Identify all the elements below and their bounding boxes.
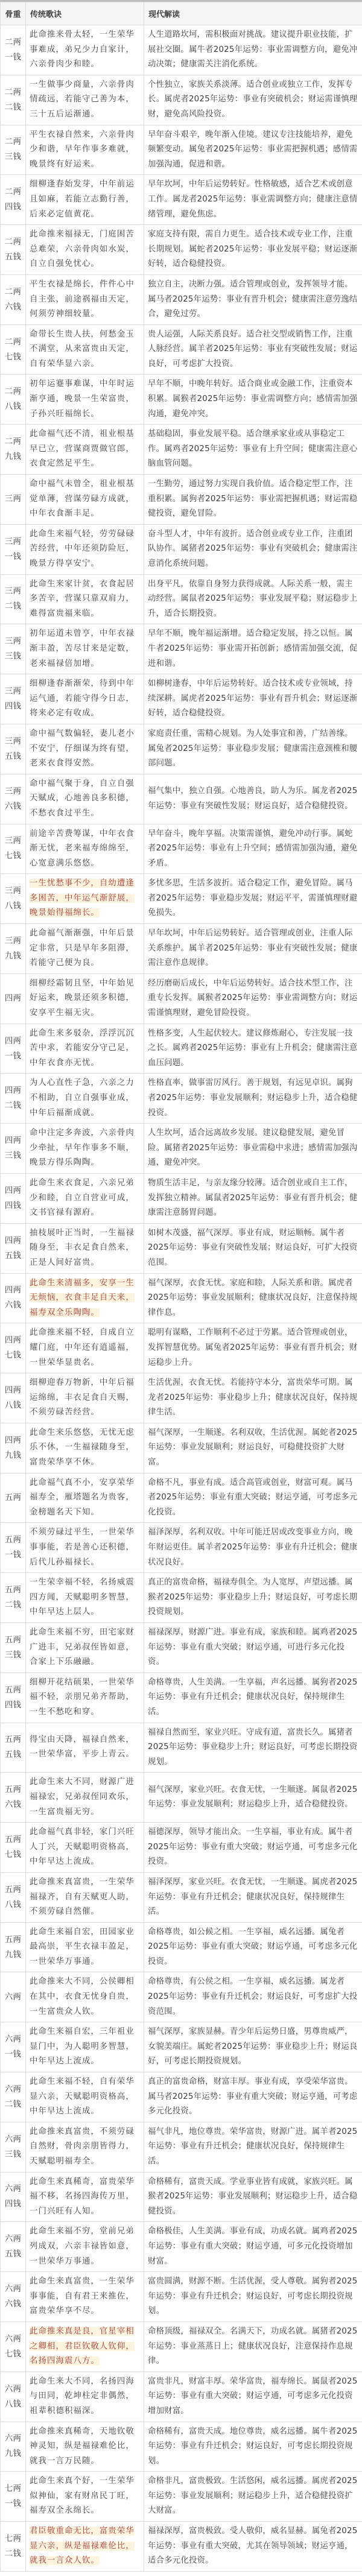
header-traditional-verse: 传统歌诀 [26, 2, 144, 25]
table-row: 五两二钱一生荣幸福不轻，名扬威震四方闻，天赋聪明多智慧，中年早达上层人。真正的富… [1, 1573, 362, 1623]
verse-text: 此命福气还不清，祖业根基早已立，营谋商贾做官郎，衣食定然足平生。 [30, 429, 135, 468]
traditional-verse-cell: 此命生来家计贫，衣食起居多苦辛，营谋只靠双肩力，难得富贵福来临。 [26, 574, 144, 624]
bone-weight-part: 五钱 [2, 749, 24, 764]
verse-text: 此命推来福不轻，自成自立耀门庭，中年还有逍遥福，一世荣华显贵名。 [30, 1328, 135, 1367]
traditional-verse-cell: 此命生来乐悠悠，无忧无虑乐不休，一生福禄随身至，富贵荣华享不休。 [26, 1423, 144, 1473]
verse-text: 得宝由天降，福禄自然来，一世荣华富，平步上青云。 [30, 1735, 135, 1759]
modern-interpretation-cell: 福德深厚，领导才能出众。一生享福，事业有成。属牛者2025年运势：事业有重大突破… [144, 1823, 362, 1873]
traditional-verse-cell: 此命推来真是良，官星宰相之卿相，君臣钦敬人钦仰，名扬四海震八方。 [26, 2321, 144, 2372]
bone-weight-part: 四两 [2, 1383, 24, 1398]
verse-text: 一生做事少商量，六亲骨肉情疏远，若能守己善为本，三十五后运渐通。 [30, 80, 135, 119]
bone-weight-part: 六两 [2, 2232, 24, 2247]
bone-weight-cell: 四两 [1, 973, 26, 1024]
bone-weight-part: 三两 [2, 534, 24, 549]
table-row: 三两四钱细柳逢春渐渐荣，待到中年运气通，若能守得今日志，将来必定有收成。如柳树逢… [1, 674, 362, 724]
verse-text: 此命生来真富贵，一生荣华事事能，自有君王来推佐，富贵荣华享不尽。 [30, 2277, 135, 2315]
verse-text: 平生衣禄自然来，六亲骨肉少和谐，早年作事多难就，晚景终有好运来。 [30, 130, 135, 169]
table-row: 三两六钱命中福气聚于身，自立自强天赋成，心地善良多积德，不愁衣食过平生。福气集中… [1, 774, 362, 824]
traditional-verse-cell: 细柳逢春始发芽，中年前运且如麻，若能立志勤行善，后来必定值黄花。 [26, 175, 144, 225]
modern-interpretation-cell: 命格顶级，福禄双全。名满天下，功成名就。属猪者2025年运势：事业蒸蒸日上；健康… [144, 2321, 362, 2372]
bone-weight-table: 骨重 传统歌诀 现代解读 二两一钱此命推来骨太轻，一生荣华事难成，弟兄少力自家计… [0, 2, 362, 2572]
bone-weight-cell: 三两二钱 [1, 574, 26, 624]
bone-weight-part: 四两 [2, 1034, 24, 1049]
highlighted-verse-text: 此命生来清福多，安享一生无烦恼，衣食丰足自天来，福寿双全乐陶陶。 [30, 1279, 135, 1317]
traditional-verse-cell: 命中福气数偏轻，妻儿老小不安宁，仔细谋为终有望，老来衣食得安然。 [26, 724, 144, 774]
modern-interpretation-cell: 物质生活丰足，与亲友缘分较薄。适合创业或自主工作，发挥独立精神。属鼠者2025年… [144, 1173, 362, 1223]
bone-weight-cell: 六两六钱 [1, 2272, 26, 2322]
verse-text: 此命推来真稀奇，天地钦敬神灵知，纵是福禄难伦比，就我一言万民随。 [30, 2427, 135, 2466]
bone-weight-part: 四两 [2, 1083, 24, 1098]
verse-text: 细柳迎春万物新，中年后福运绵绵，丰衣足食自天赐，不须劳碌苦经营。 [30, 1378, 135, 1417]
bone-weight-part: 五两 [2, 1782, 24, 1797]
bone-weight-part: 一钱 [2, 1548, 24, 1563]
modern-interpretation-cell: 早年坎坷，中年后运势转好。适合管理或创业，注重人际关系维护。属羊者2025年运势… [144, 924, 362, 974]
bone-weight-cell: 六两五钱 [1, 2222, 26, 2272]
bone-weight-cell: 五两四钱 [1, 1673, 26, 1723]
modern-interpretation-cell: 命格尊贵，如公候之相。一生享福，威名远播。属兔者2025年运势：事业有重大突破；… [144, 1922, 362, 1972]
bone-weight-part: 一钱 [2, 2047, 24, 2062]
bone-weight-part: 九钱 [2, 1948, 24, 1963]
table-row: 五两六钱此命生来大不同，财源广进福禄宏，兄弟叔侄同欢乐，一生富贵福无穷。福气深厚… [1, 1773, 362, 1823]
bone-weight-part: 三两 [2, 834, 24, 849]
verse-text: 一生荣幸福不轻，名扬威震四方闻，天赋聪明多智慧，中年早达上层人。 [30, 1578, 135, 1616]
bone-weight-cell: 五两八钱 [1, 1872, 26, 1922]
bone-weight-part: 二钱 [2, 1098, 24, 1113]
table-row: 二两九钱此命福气还不清，祖业根基早已立，营谋商贾做官郎，衣食定然足平生。基础稳固… [1, 425, 362, 475]
traditional-verse-cell: 命中注定多奔波，六亲骨肉少牵扯，早年作事多不顺，晚景方得乐陶陶。 [26, 1124, 144, 1174]
modern-interpretation-cell: 如柳树逢春，中年后运势转好。适合技术或专业领域，持续深耕。属虎者2025年运势：… [144, 674, 362, 724]
verse-text: 此命生来福不穷，田宅家财广进丰，兄弟叔侄皆如意，合家上下乐融融。 [30, 1628, 135, 1666]
modern-interpretation-cell: 性格直率，做事雷厉风行。善于规划，有远见卓识。属狗者2025年运势：事业发展顺利… [144, 1074, 362, 1124]
bone-weight-part: 六两 [2, 2132, 24, 2147]
traditional-verse-cell: 此命推来大不同，公侯卿相在其中，衣食无忧身自贵，一生富贵众人钦。 [26, 1972, 144, 2022]
bone-weight-part: 八钱 [2, 2397, 24, 2412]
modern-interpretation-cell: 人生道路坎坷，需积极面对挑战。建议提升职业技能，扩展社交圈。属牛者2025年运势… [144, 25, 362, 75]
table-row: 二两二钱一生做事少商量，六亲骨肉情疏远，若能守己善为本，三十五后运渐通。个性独立… [1, 75, 362, 125]
bone-weight-part: 七钱 [2, 350, 24, 365]
traditional-verse-cell: 此命福气真非轻，家门兴旺人丁兴，天赋聪明资格高，中年早达上流成。 [26, 1823, 144, 1873]
table-row: 三两八钱一生忧愁事不少，自幼遭逢多困苦，中年运气渐舒展，晚景始得福绵长。多忧多思… [1, 874, 362, 924]
bone-weight-cell: 三两九钱 [1, 924, 26, 974]
verse-text: 此命生来大不同，财源广进福禄宏，兄弟叔侄同欢乐，一生富贵福无穷。 [30, 1777, 135, 1816]
bone-weight-cell: 四两九钱 [1, 1423, 26, 1473]
table-row: 五两一钱不须劳碌过平生，一世荣华事事能，若是善心还积德，后代儿孙福禄长。福泽深厚… [1, 1523, 362, 1573]
verse-text: 此命推来大不同，公侯卿相在其中，衣食无忧身自贵，一生富贵众人钦。 [30, 1977, 135, 2016]
bone-weight-part: 七钱 [2, 849, 24, 864]
bone-weight-part: 一钱 [2, 2496, 24, 2511]
bone-weight-part: 二钱 [2, 2546, 24, 2562]
modern-interpretation-cell: 人生坎坷，适合远离故乡发展。建议稳健发展，避免冒险。属猪者2025年运势：事业需… [144, 1124, 362, 1174]
bone-weight-part: 三钱 [2, 2147, 24, 2162]
bone-weight-part: 二两 [2, 134, 24, 150]
traditional-verse-cell: 为人心直性子急，六亲之力不相助，自立自强事业成，中年后福渐成就。 [26, 1074, 144, 1124]
verse-text: 此命推来真富贵，一生荣华福禄齐，自有天赋更人助，不须劳碌自然催。 [30, 1878, 135, 1916]
modern-interpretation-cell: 性格多变，人生起伏较大。建议修炼耐心，专注发展一技之长。属鸡者2025年运势：事… [144, 1024, 362, 1074]
bone-weight-part: 三钱 [2, 649, 24, 664]
traditional-verse-cell: 抽枝展叶正当时，一生福禄随身至，丰衣足食自然来，正是人间好富贵。 [26, 1223, 144, 1273]
verse-text: 平生衣禄是绵长，件件心中自主张，前途祸福由天定，何须劳神细较量。 [30, 280, 135, 318]
bone-weight-part: 七钱 [2, 2347, 24, 2362]
verse-text: 抽枝展叶正当时，一生福禄随身至，丰衣足食自然来，正是人间好富贵。 [30, 1229, 135, 1267]
traditional-verse-cell: 一生做事少商量，六亲骨肉情疏远，若能守己善为本，三十五后运渐通。 [26, 75, 144, 125]
traditional-verse-cell: 此命福气真不小，安享荣华福寿全，雁塔题名为贵客，金榜题名天下知。 [26, 1473, 144, 1523]
table-row: 四两六钱此命生来清福多，安享一生无烦恼，衣食丰足自天来，福寿双全乐陶陶。福气深厚… [1, 1273, 362, 1323]
verse-text: 此命生来福自宏，三年祖业显门中，为人聪明多智慧，中年早达上流成。 [30, 2027, 135, 2066]
bone-weight-part: 三钱 [2, 1648, 24, 1663]
traditional-verse-cell: 平生衣禄是绵长，件件心中自主张，前途祸福由天定，何须劳神细较量。 [26, 274, 144, 324]
traditional-verse-cell: 此命生来福自宏，三年祖业显门中，为人聪明多智慧，中年早达上流成。 [26, 2022, 144, 2072]
traditional-verse-cell: 此命推来福禄无，门庭困苦总难荣，六亲骨肉如水炭，自立自强免忧心。 [26, 225, 144, 275]
table-row: 四两七钱此命推来福不轻，自成自立耀门庭，中年还有逍遥福，一世荣华显贵名。聪明有谋… [1, 1323, 362, 1373]
bone-weight-cell: 四两五钱 [1, 1223, 26, 1273]
verse-text: 此命生来福不穷，堂前兄弟列成双，六亲丰禄皆如意，一世荣华万事通。 [30, 2227, 135, 2265]
bone-weight-part: 三两 [2, 934, 24, 949]
bone-weight-part: 六两 [2, 1990, 24, 2005]
verse-text: 此命生来多驳杂，浮浮沉沉苦中求，若能安分守己足，中年衣食亦无忧。 [30, 1029, 135, 1068]
bone-weight-cell: 三两四钱 [1, 674, 26, 724]
bone-weight-part: 三两 [2, 784, 24, 799]
bone-weight-part: 二钱 [2, 100, 24, 115]
traditional-verse-cell: 得宝由天降，福禄自然来，一世荣华富，平步上青云。 [26, 1723, 144, 1773]
modern-interpretation-cell: 富贵圆满，财源不断。生活优渥，受人尊敬。属狗者2025年运势：事业有升迁机会；财… [144, 2272, 362, 2322]
bone-weight-cell: 二两二钱 [1, 75, 26, 125]
highlighted-verse-text: 一生忧愁事不少，自幼遭逢多困苦，中年运气渐舒展，晚景始得福绵长。 [30, 879, 135, 917]
bone-weight-part: 七两 [2, 2481, 24, 2496]
modern-interpretation-cell: 早年不顺，晚年福运渐增。适合稳定发展，持之以恒。属牛者2025年运势：事业需开拓… [144, 624, 362, 674]
modern-interpretation-cell: 个性独立，家族关系淡薄。适合创业或独立工作，发挥专长。属虎者2025年运势：事业… [144, 75, 362, 125]
bone-weight-part: 三两 [2, 634, 24, 649]
table-row: 六两七钱此命推来真是良，官星宰相之卿相，君臣钦敬人钦仰，名扬四海震八方。命格顶级… [1, 2321, 362, 2372]
verse-text: 此命生来真个好，一生荣华似神仙，家有财帛民丁旺，福寿双全永绵长。 [30, 2476, 135, 2515]
bone-weight-part: 六两 [2, 2431, 24, 2446]
modern-interpretation-cell: 奋斗型人才，中年有波折。适合创业或专业工作，注重团队协作。属猪者2025年运势：… [144, 524, 362, 574]
bone-weight-cell: 二两一钱 [1, 25, 26, 75]
bone-weight-part: 六两 [2, 2332, 24, 2347]
table-row: 三两五钱命中福气数偏轻，妻儿老小不安宁，仔细谋为终有望，老来衣食得安然。家庭责任… [1, 724, 362, 774]
bone-weight-part: 九钱 [2, 2446, 24, 2461]
traditional-verse-cell: 细柳逢春渐渐荣，待到中年运气通，若能守得今日志，将来必定有收成。 [26, 674, 144, 724]
verse-text: 此命生来乐悠悠，无忧无虑乐不休，一生福禄随身至，富贵荣华享不休。 [30, 1428, 135, 1467]
bone-weight-part: 二两 [2, 185, 24, 200]
bone-weight-cell: 六两七钱 [1, 2321, 26, 2372]
table-row: 七两一钱此命生来真个好，一生荣华似神仙，家有财帛民丁旺，福寿双全永绵长。命格非凡… [1, 2472, 362, 2522]
verse-text: 此命生来福自宏，田园家业最高崇，平生衣禄丰盈足，一世荣华万事通。 [30, 1928, 135, 1966]
verse-text: 此命生来福气轻，劳劳碌碌苦经营，中年还须防险厄，晚景方得享安宁。 [30, 530, 135, 568]
table-row: 六两二钱此命生来福不轻，自有荣华显六亲，天赋聪明资格高，中年早达上流成。真正的富… [1, 2072, 362, 2122]
bone-weight-part: 五两 [2, 1583, 24, 1598]
table-row: 三两二钱此命生来家计贫，衣食起居多苦辛，营谋只靠双肩力，难得富贵福来临。出身平凡… [1, 574, 362, 624]
bone-weight-part: 三钱 [2, 150, 24, 165]
traditional-verse-cell: 细柳开花结硕果，一世荣华福不轻，亲朋兄弟齐帮助，一生不愁吃和穿。 [26, 1673, 144, 1723]
bone-weight-part: 四钱 [2, 200, 24, 215]
modern-interpretation-cell: 富贵非凡，财富丰厚。荣华富贵，福寿绵长。属鼠者2025年运势：事业有重大突破；财… [144, 2372, 362, 2422]
bone-weight-part: 六钱 [2, 2297, 24, 2312]
bone-weight-part: 一钱 [2, 549, 24, 565]
table-row: 二两六钱平生衣禄是绵长，件件心中自主张，前途祸福由天定，何须劳神细较量。独立自主… [1, 274, 362, 324]
table-row: 五两七钱此命福气真非轻，家门兴旺人丁兴，天赋聪明资格高，中年早达上流成。福德深厚… [1, 1823, 362, 1873]
traditional-verse-cell: 不须劳碌过平生，一世荣华事事能，若是善心还积德，后代儿孙福禄长。 [26, 1523, 144, 1573]
bone-weight-part: 九钱 [2, 949, 24, 964]
modern-interpretation-cell: 早年不顺，中晚年转好。适合商业或金融工作，注重资本积累。属猴者2025年运势：事… [144, 375, 362, 425]
table-row: 四两二钱为人心直性子急，六亲之力不相助，自立自强事业成，中年后福渐成就。性格直率… [1, 1074, 362, 1124]
bone-weight-part: 五两 [2, 1683, 24, 1698]
bone-weight-cell: 五两二钱 [1, 1573, 26, 1623]
modern-interpretation-cell: 命格不凡，事业有成。适合高管或创业，财富可观。属马者2025年运势：事业有重大突… [144, 1473, 362, 1523]
bone-weight-part: 二钱 [2, 1598, 24, 1613]
verse-text: 初年运蹇事难谋，中年时运渐亨通，晚景一生荣富贵，子孙兴旺福绵长。 [30, 379, 135, 418]
modern-interpretation-cell: 福气深厚，一生顺遂。名利双收，生活优渥。属蛇者2025年运势：事业发展顺利；财运… [144, 1423, 362, 1473]
bone-weight-part: 六钱 [2, 1797, 24, 1812]
bone-weight-cell: 三两八钱 [1, 874, 26, 924]
bone-weight-part: 五两 [2, 1633, 24, 1648]
table-row: 六两五钱此命生来福不穷，堂前兄弟列成双，六亲丰禄皆如意，一世荣华万事通。命格极佳… [1, 2222, 362, 2272]
bone-weight-part: 二钱 [2, 599, 24, 614]
traditional-verse-cell: 此命生来真稀奇，富贵荣华福不移，名扬四海传万里，一门兴旺有人知。 [26, 2172, 144, 2222]
bone-weight-part: 七钱 [2, 1348, 24, 1363]
bone-weight-part: 二两 [2, 285, 24, 300]
modern-interpretation-cell: 家庭支持有限，需自力更生。适合技术或专业工作，注重长期规划。属蛇者2025年运势… [144, 225, 362, 275]
table-row: 二两三钱平生衣禄自然来，六亲骨肉少和谐，早年作事多难就，晚景终有好运来。早年奋斗… [1, 125, 362, 175]
bone-weight-cell: 六两四钱 [1, 2172, 26, 2222]
traditional-verse-cell: 平生衣禄自然来，六亲骨肉少和谐，早年作事多难就，晚景终有好运来。 [26, 125, 144, 175]
bone-weight-part: 四两 [2, 991, 24, 1006]
bone-weight-cell: 三两五钱 [1, 724, 26, 774]
modern-interpretation-cell: 福气深厚，家业兴旺。衣食无忧，一生顺遂。属鼠者2025年运势：事业发展顺利；财运… [144, 1773, 362, 1823]
table-row: 二两四钱细柳逢春始发芽，中年前运且如麻，若能立志勤行善，后来必定值黄花。早年坎坷… [1, 175, 362, 225]
bone-weight-part: 四两 [2, 1233, 24, 1248]
table-row: 四两细柳经霜韧且坚，中年始见好运来，晚景还须多积德，安享平生福无灾。经历磨砺后成… [1, 973, 362, 1024]
verse-text: 此命推来真富贵，不须劳碌自然财，骨肉亲朋皆得力，天赋聪明福寿全。 [30, 2127, 135, 2166]
traditional-verse-cell: 此命生来福不穷，田宅家财广进丰，兄弟叔侄皆如意，合家上下乐融融。 [26, 1623, 144, 1673]
modern-interpretation-cell: 福禄深厚，财源广进。事业有成，家族和睦。属鸡者2025年运势：事业有重大突破；财… [144, 1623, 362, 1673]
bone-weight-cell: 三两六钱 [1, 774, 26, 824]
verse-text: 命中注定多奔波，六亲骨肉少牵扯，早年作事多不顺，晚景方得乐陶陶。 [30, 1128, 135, 1167]
bone-weight-cell: 二两三钱 [1, 125, 26, 175]
bone-weight-cell: 五两九钱 [1, 1922, 26, 1972]
traditional-verse-cell: 初年运道未曾亨，中年衣禄渐丰盈，苦尽甘来是定数，老来福禄倍加增。 [26, 624, 144, 674]
modern-interpretation-cell: 福禄自然而至，家业兴旺。守成有道，富贵长久。属猪者2025年运势：事业稳步上升；… [144, 1723, 362, 1773]
verse-text: 此命推来福禄无，门庭困苦总难荣，六亲骨肉如水炭，自立自强免忧心。 [30, 230, 135, 268]
table-row: 二两一钱此命推来骨太轻，一生荣华事难成，弟兄少力自家计，六亲骨肉少和睦。人生道路… [1, 25, 362, 75]
traditional-verse-cell: 此命生来大不同，名扬四海与田同，乾坤柱定非偶然，祖辈积德积福深。 [26, 2372, 144, 2422]
bone-weight-part: 三两 [2, 734, 24, 749]
traditional-verse-cell: 此命生来大不同，财源广进福禄宏，兄弟叔侄同欢乐，一生富贵福无穷。 [26, 1773, 144, 1823]
bone-weight-cell: 六两九钱 [1, 2422, 26, 2472]
bone-weight-part: 六钱 [2, 1298, 24, 1313]
bone-weight-cell: 三两一钱 [1, 524, 26, 574]
verse-text: 命带长生贵人扶，何愁金玉不满堂，从来富贵由天定，自有荣华显六亲。 [30, 330, 135, 369]
verse-text: 此命生来衣食足，六亲兄弟少和睦，自立自营业可成，文书官禄有源府。 [30, 1179, 135, 1217]
bone-weight-cell: 二两九钱 [1, 425, 26, 475]
modern-interpretation-cell: 福气深厚，家族显赫。青少年后运势日盛，男尊贵威严，女貌美端庄。属蛇者2025年运… [144, 2022, 362, 2072]
verse-text: 细柳逢春始发芽，中年前运且如麻，若能立志勤行善，后来必定值黄花。 [30, 180, 135, 218]
table-row: 六两六钱此命生来真富贵，一生荣华事事能，自有君王来推佐，富贵荣华享不尽。富贵圆满… [1, 2272, 362, 2322]
header-modern-interpretation: 现代解读 [144, 2, 362, 25]
bone-weight-part: 四钱 [2, 1698, 24, 1713]
bone-weight-part: 二两 [2, 235, 24, 250]
table-row: 三两九钱此命福气渐渐强，中年后景定非常，只是早年多阻滞，若能守己便为良。早年坎坷… [1, 924, 362, 974]
bone-weight-part: 四两 [2, 1133, 24, 1148]
verse-text: 不须劳碌过平生，一世荣华事事能，若是善心还积德，后代儿孙福禄长。 [30, 1528, 135, 1566]
modern-interpretation-cell: 多忧多思，生活多波折。适合稳定工作，避免冒险。属马者2025年运势：事业稳步发展… [144, 874, 362, 924]
bone-weight-part: 五钱 [2, 1248, 24, 1264]
bone-weight-cell: 五两三钱 [1, 1623, 26, 1673]
modern-interpretation-cell: 独立自主，决断力强。适合管理或创业，发挥领导才能。属马者2025年运势：事业有晋… [144, 274, 362, 324]
modern-interpretation-cell: 家庭责任重，需精心规划。为人处事宜和善，广结善缘。属兔者2025年运势：事业稳步… [144, 724, 362, 774]
modern-interpretation-cell: 命格尊贵，人生美满。一生享福，声名远播。属狗者2025年运势：事业有升迁机会；健… [144, 1673, 362, 1723]
bone-weight-part: 六两 [2, 2282, 24, 2297]
traditional-verse-cell: 君臣敬重命无比，富贵荣华显六亲，纵是福禄难伦比，就我一言众人钦。 [26, 2522, 144, 2572]
table-row: 四两三钱命中注定多奔波，六亲骨肉少牵扯，早年作事多不顺，晚景方得乐陶陶。人生坎坷… [1, 1124, 362, 1174]
verse-text: 命中福气聚于身，自立自强天赋成，心地善良多积德，不愁衣食过平生。 [30, 779, 135, 818]
modern-interpretation-cell: 福气非凡，地位尊贵。荣华富贵，财源广进。属羊者2025年运势：事业有升迁机会；健… [144, 2122, 362, 2172]
verse-text: 细柳经霜韧且坚，中年始见好运来，晚景还须多积德，安享平生福无灾。 [30, 979, 135, 1017]
table-row: 四两九钱此命生来乐悠悠，无忧无虑乐不休，一生福禄随身至，富贵荣华享不休。福气深厚… [1, 1423, 362, 1473]
bone-weight-part: 二钱 [2, 2097, 24, 2112]
verse-text: 此命生来福不轻，自有荣华显六亲，天赋聪明资格高，中年早达上流成。 [30, 2077, 135, 2116]
bone-weight-part: 六两 [2, 2082, 24, 2097]
bone-weight-cell: 二两六钱 [1, 274, 26, 324]
table-row: 三两七钱前途辛苦费筹谋，中年衣食渐无忧，老来福寿绵绵至，心宽意满乐悠悠。早年奋斗… [1, 824, 362, 874]
bone-weight-cell: 二两七钱 [1, 324, 26, 375]
bone-weight-part: 八钱 [2, 399, 24, 414]
bone-weight-part: 九钱 [2, 449, 24, 464]
bone-weight-part: 五钱 [2, 1747, 24, 1762]
modern-interpretation-cell: 聪明有谋略，工作顺利不必过于劳累。适合管理或创业，发挥智慧优势。属兔者2025年… [144, 1323, 362, 1373]
traditional-verse-cell: 此命生来福不穷，堂前兄弟列成双，六亲丰禄皆如意，一世荣华万事通。 [26, 2222, 144, 2272]
bone-weight-part: 一钱 [2, 1049, 24, 1064]
bone-weight-part: 五两 [2, 1732, 24, 1747]
traditional-verse-cell: 此命福气还不清，祖业根基早已立，营谋商贾做官郎，衣食定然足平生。 [26, 425, 144, 475]
bone-weight-part: 五钱 [2, 250, 24, 265]
bone-weight-cell: 五两五钱 [1, 1723, 26, 1773]
modern-interpretation-cell: 福禄深厚，富贵极致。受人敬仰，威名显赫。属兔者2025年运势：事业有重大突破，尤… [144, 2522, 362, 2572]
bone-weight-cell: 三两七钱 [1, 824, 26, 874]
bone-weight-part: 四钱 [2, 699, 24, 714]
bone-weight-part: 三钱 [2, 1148, 24, 1163]
bone-weight-cell: 三两三钱 [1, 624, 26, 674]
modern-interpretation-cell: 福泽深厚，名利双收。中年可能迁居或改变事业方向，晚年财运更佳。属羊者2025年运… [144, 1523, 362, 1573]
bone-weight-part: 六钱 [2, 799, 24, 814]
verse-text: 此命生来大不同，名扬四海与田同，乾坤柱定非偶然，祖辈积德积福深。 [30, 2377, 135, 2416]
modern-interpretation-cell: 一生勤劳，通过努力实现自我价值。适合稳定型工作，注重积累。属狗者2025年运势：… [144, 475, 362, 525]
traditional-verse-cell: 此命生来福不轻，自有荣华显六亲，天赋聪明资格高，中年早达上流成。 [26, 2072, 144, 2122]
bone-weight-cell: 六两三钱 [1, 2122, 26, 2172]
traditional-verse-cell: 初年运蹇事难谋，中年时运渐亨通，晚景一生荣富贵，子孙兴旺福绵长。 [26, 375, 144, 425]
bone-weight-part: 二两 [2, 384, 24, 399]
traditional-verse-cell: 细柳经霜韧且坚，中年始见好运来，晚景还须多积德，安享平生福无灾。 [26, 973, 144, 1024]
bone-weight-part: 四两 [2, 1283, 24, 1298]
bone-weight-cell: 四两三钱 [1, 1124, 26, 1174]
table-row: 二两五钱此命推来福禄无，门庭困苦总难荣，六亲骨肉如水炭，自立自强免忧心。家庭支持… [1, 225, 362, 275]
bone-weight-cell: 六两八钱 [1, 2372, 26, 2422]
highlighted-verse-text: 此命推来真是良，官星宰相之卿相，君臣钦敬人钦仰，名扬四海震八方。 [30, 2327, 135, 2366]
bone-weight-cell: 六两二钱 [1, 2072, 26, 2122]
table-header-row: 骨重 传统歌诀 现代解读 [1, 2, 362, 25]
table-row: 七两二钱君臣敬重命无比，富贵荣华显六亲，纵是福禄难伦比，就我一言众人钦。福禄深厚… [1, 2522, 362, 2572]
modern-interpretation-cell: 经历磨砺后成长，中年后运势转好。适合技术型工作，注重专长发挥。属猴者2025年运… [144, 973, 362, 1024]
table-row: 六两三钱此命推来真富贵，不须劳碌自然财，骨肉亲朋皆得力，天赋聪明福寿全。福气非凡… [1, 2122, 362, 2172]
table-row: 五两五钱得宝由天降，福禄自然来，一世荣华富，平步上青云。福禄自然而至，家业兴旺。… [1, 1723, 362, 1773]
table-row: 二两八钱初年运蹇事难谋，中年时运渐亨通，晚景一生荣富贵，子孙兴旺福绵长。早年不顺… [1, 375, 362, 425]
bone-weight-part: 七两 [2, 2531, 24, 2546]
bone-weight-cell: 四两一钱 [1, 1024, 26, 1074]
bone-weight-part: 二两 [2, 335, 24, 350]
modern-interpretation-cell: 早年坎坷，中年后运势转好。性格敏感，适合艺术或创意工作。属龙者2025年运势：事… [144, 175, 362, 225]
verse-text: 此命福气真非轻，家门兴旺人丁兴，天赋聪明资格高，中年早达上流成。 [30, 1828, 135, 1866]
table-row: 四两四钱此命生来衣食足，六亲兄弟少和睦，自立自营业可成，文书官禄有源府。物质生活… [1, 1173, 362, 1223]
bone-weight-cell: 四两八钱 [1, 1373, 26, 1423]
table-row: 五两八钱此命推来真富贵，一生荣华福禄齐，自有天赋更人助，不须劳碌自然催。福泽深厚… [1, 1872, 362, 1922]
bone-weight-part: 四两 [2, 1183, 24, 1198]
modern-interpretation-cell: 真正的富贵命格，财富丰厚。事业有成，享受荣华富贵。属马者2025年运势：事业有重… [144, 2072, 362, 2122]
modern-interpretation-cell: 福气深厚，衣食无忧。家庭和睦，人际关系和谐。属虎者2025年运势：事业发展顺利；… [144, 1273, 362, 1323]
traditional-verse-cell: 命带长生贵人扶，何愁金玉不满堂，从来富贵由天定，自有荣华显六亲。 [26, 324, 144, 375]
verse-text: 为人心直性子急，六亲之力不相助，自立自强事业成，中年后福渐成就。 [30, 1078, 135, 1117]
table-row: 六两一钱此命生来福自宏，三年祖业显门中，为人聪明多智慧，中年早达上流成。福气深厚… [1, 2022, 362, 2072]
bone-weight-part: 三两 [2, 884, 24, 899]
bone-weight-part: 四两 [2, 1433, 24, 1448]
bone-weight-cell: 六两 [1, 1972, 26, 2022]
bone-weight-part: 三两 [2, 684, 24, 699]
highlighted-verse-text: 君臣敬重命无比，富贵荣华显六亲，纵是福禄难伦比，就我一言众人钦。 [30, 2527, 135, 2565]
modern-interpretation-cell: 福泽深厚，家业兴旺。衣食无忧，一生顺遂。属虎者2025年运势：事业有升迁机会；健… [144, 1872, 362, 1922]
verse-text: 细柳逢春渐渐荣，待到中年运气通，若能守得今日志，将来必定有收成。 [30, 679, 135, 718]
traditional-verse-cell: 此命生来福自宏，田园家业最高崇，平生衣禄丰盈足，一世荣华万事通。 [26, 1922, 144, 1972]
verse-text: 命中福气数偏轻，妻儿老小不安宁，仔细谋为终有望，老来衣食得安然。 [30, 729, 135, 768]
verse-text: 此命推来骨太轻，一生荣华事难成，弟兄少力自家计，六亲骨肉少和睦。 [30, 30, 135, 69]
table-row: 四两一钱此命生来多驳杂，浮浮沉沉苦中求，若能安分守己足，中年衣食亦无忧。性格多变… [1, 1024, 362, 1074]
table-row: 六两八钱此命生来大不同，名扬四海与田同，乾坤柱定非偶然，祖辈积德积福深。富贵非凡… [1, 2372, 362, 2422]
traditional-verse-cell: 此命推来真稀奇，天地钦敬神灵知，纵是福禄难伦比，就我一言万民随。 [26, 2422, 144, 2472]
modern-interpretation-cell: 福气集中，独立自强。心地善良，助人为乐。属龙者2025年运势：事业有突破性发展；… [144, 774, 362, 824]
traditional-verse-cell: 此命生来真富贵，一生荣华事事能，自有君王来推佐，富贵荣华享不尽。 [26, 2272, 144, 2322]
table-row: 三两三钱初年运道未曾亨，中年衣禄渐丰盈，苦尽甘来是定数，老来福禄倍加增。早年不顺… [1, 624, 362, 674]
modern-interpretation-cell: 命格尊贵，有公侯之相。一生享福，威名远播。属龙者2025年运势：事业有升迁机会；… [144, 1972, 362, 2022]
table-body: 二两一钱此命推来骨太轻，一生荣华事难成，弟兄少力自家计，六亲骨肉少和睦。人生道路… [1, 25, 362, 2572]
bone-weight-cell: 七两一钱 [1, 2472, 26, 2522]
bone-weight-part: 八钱 [2, 1897, 24, 1913]
traditional-verse-cell: 此命生来真个好，一生荣华似神仙，家有财帛民丁旺，福寿双全永绵长。 [26, 2472, 144, 2522]
bone-weight-part: 三两 [2, 492, 24, 507]
modern-interpretation-cell: 真正的富贵命格，福禄寿俱全。为人宽厚，声望远播。属猴者2025年运势：事业稳步上… [144, 1573, 362, 1623]
bone-weight-part: 五两 [2, 1932, 24, 1948]
traditional-verse-cell: 此命生来福气轻，劳劳碌碌苦经营，中年还须防险厄，晚景方得享安宁。 [26, 524, 144, 574]
table-row: 五两三钱此命生来福不穷，田宅家财广进丰，兄弟叔侄皆如意，合家上下乐融融。福禄深厚… [1, 1623, 362, 1673]
bone-weight-cell: 五两七钱 [1, 1823, 26, 1873]
bone-weight-cell: 五两六钱 [1, 1773, 26, 1823]
modern-interpretation-cell: 贵人运强，人际关系良好。适合社交型或销售工作，注重人脉经营。属羊者2025年运势… [144, 324, 362, 375]
bone-weight-part: 七钱 [2, 1847, 24, 1862]
bone-weight-part: 六两 [2, 2182, 24, 2197]
bone-weight-part: 五两 [2, 1832, 24, 1847]
traditional-verse-cell: 命中福气聚于身，自立自强天赋成，心地善良多积德，不愁衣食过平生。 [26, 774, 144, 824]
modern-interpretation-cell: 命格稀有，富贵天成。地位尊贵，威名远播。属牛者2025年运势：事业有升迁机会；财… [144, 2422, 362, 2472]
bone-weight-part: 二两 [2, 35, 24, 50]
table-row: 五两此命福气真不小，安享荣华福寿全，雁塔题名为贵客，金榜题名天下知。命格不凡，事… [1, 1473, 362, 1523]
modern-interpretation-cell: 出身平凡，依靠自身努力获得成就。人际关系一般，需主动经营。属鼠者2025年运势：… [144, 574, 362, 624]
table-row: 六两九钱此命推来真稀奇，天地钦敬神灵知，纵是福禄难伦比，就我一言万民随。命格稀有… [1, 2422, 362, 2472]
bone-weight-part: 六两 [2, 2032, 24, 2047]
bone-weight-part: 三两 [2, 584, 24, 599]
verse-text: 此命福气真不小，安享荣华福寿全，雁塔题名为贵客，金榜题名天下知。 [30, 1478, 135, 1517]
modern-interpretation-cell: 命格非凡，富贵极致。生活悠闲，威名远播。属虎者2025年运势：事业发展顺利；财运… [144, 2472, 362, 2522]
modern-interpretation-cell: 如树木茂盛，福气深厚。事业有成，财运顺畅。属牛者2025年运势：事业有突破性发展… [144, 1223, 362, 1273]
bone-weight-part: 六两 [2, 2382, 24, 2397]
bone-weight-cell: 二两八钱 [1, 375, 26, 425]
bone-weight-cell: 三两 [1, 475, 26, 525]
bone-weight-part: 八钱 [2, 1398, 24, 1413]
